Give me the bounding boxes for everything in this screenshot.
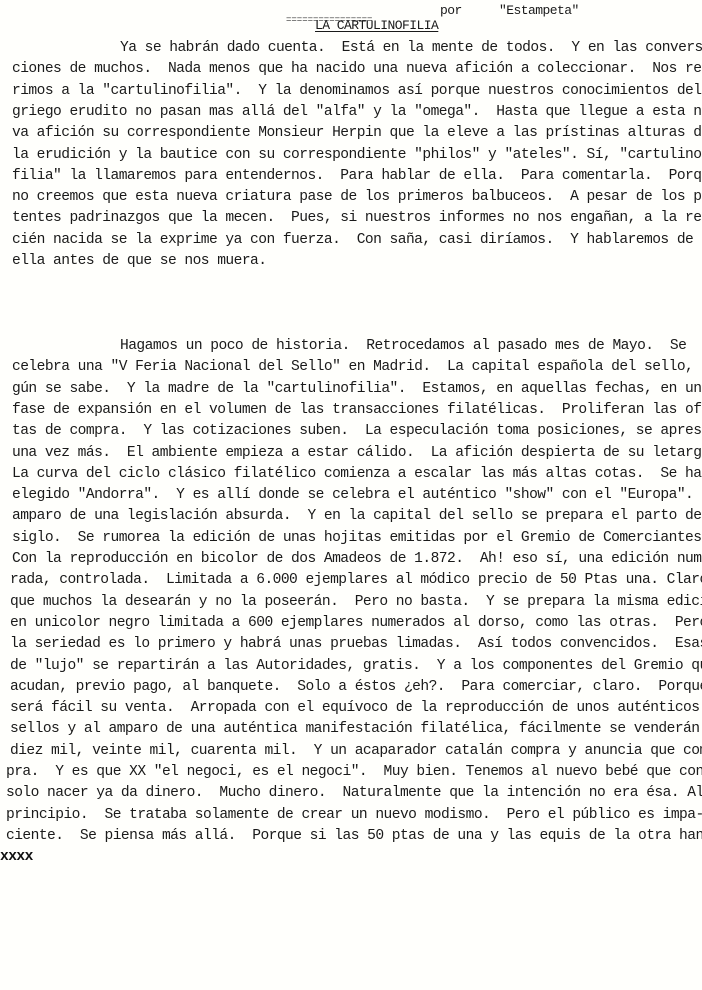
text-line: gún se sabe. Y la madre de la "cartulino…: [12, 379, 702, 399]
text-line: Hagamos un poco de historia. Retrocedamo…: [120, 336, 686, 356]
text-line: ciente. Se piensa más allá. Porque si la…: [6, 826, 702, 846]
text-line: fase de expansión en el volumen de las t…: [12, 400, 702, 420]
struck-out-text: xxxx: [0, 847, 33, 867]
text-line: de "lujo" se repartirán a las Autoridade…: [10, 656, 702, 676]
text-line: ciones de muchos. Nada menos que ha naci…: [12, 59, 702, 79]
text-line: elegido "Andorra". Y es allí donde se ce…: [12, 485, 702, 505]
text-line: la seriedad es lo primero y habrá unas p…: [10, 634, 702, 654]
document-page: LA CARTULINOFILIA ================ por "…: [0, 0, 702, 990]
title-double-underline: ================: [286, 16, 372, 25]
text-line: solo nacer ya da dinero. Mucho dinero. N…: [6, 783, 702, 803]
text-line: siglo. Se rumorea la edición de unas hoj…: [12, 528, 702, 548]
text-line: tas de compra. Y las cotizaciones suben.…: [12, 421, 702, 441]
text-line: cién nacida se la exprime ya con fuerza.…: [12, 230, 693, 250]
text-line: diez mil, veinte mil, cuarenta mil. Y un…: [10, 741, 702, 761]
text-line: ella antes de que se nos muera.: [12, 251, 266, 271]
text-line: acudan, previo pago, al banquete. Solo a…: [10, 677, 702, 697]
text-line: la erudición y la bautice con su corresp…: [12, 145, 702, 165]
text-line: no creemos que esta nueva criatura pase …: [12, 187, 702, 207]
text-line: Con la reproducción en bicolor de dos Am…: [12, 549, 702, 569]
text-line: tentes padrinazgos que la mecen. Pues, s…: [12, 208, 702, 228]
author-name: "Estampeta": [499, 3, 579, 18]
text-line: filia" la llamaremos para entendernos. P…: [12, 166, 702, 186]
text-line: amparo de una legislación absurda. Y en …: [12, 506, 702, 526]
text-line: una vez más. El ambiente empieza a estar…: [12, 443, 702, 463]
text-line: rada, controlada. Limitada a 6.000 ejemp…: [10, 570, 702, 590]
text-line: en unicolor negro limitada a 600 ejempla…: [10, 613, 702, 633]
byline-por: por: [440, 3, 462, 18]
text-line: La curva del ciclo clásico filatélico co…: [12, 464, 701, 484]
text-line: rimos a la "cartulinofilia". Y la denomi…: [12, 81, 701, 101]
text-line: griego erudito no pasan mas allá del "al…: [12, 102, 702, 122]
text-line: sellos y al amparo de una auténtica mani…: [10, 719, 702, 739]
text-line: que muchos la desearán y no la poseerán.…: [10, 592, 702, 612]
text-line: Ya se habrán dado cuenta. Está en la men…: [120, 38, 702, 58]
text-line: celebra una "V Feria Nacional del Sello"…: [12, 357, 702, 377]
text-line: principio. Se trataba solamente de crear…: [6, 805, 702, 825]
text-line: va afición su correspondiente Monsieur H…: [12, 123, 702, 143]
text-line: será fácil su venta. Arropada con el equ…: [10, 698, 699, 718]
text-line: pra. Y es que XX "el negoci, es el negoc…: [6, 762, 702, 782]
